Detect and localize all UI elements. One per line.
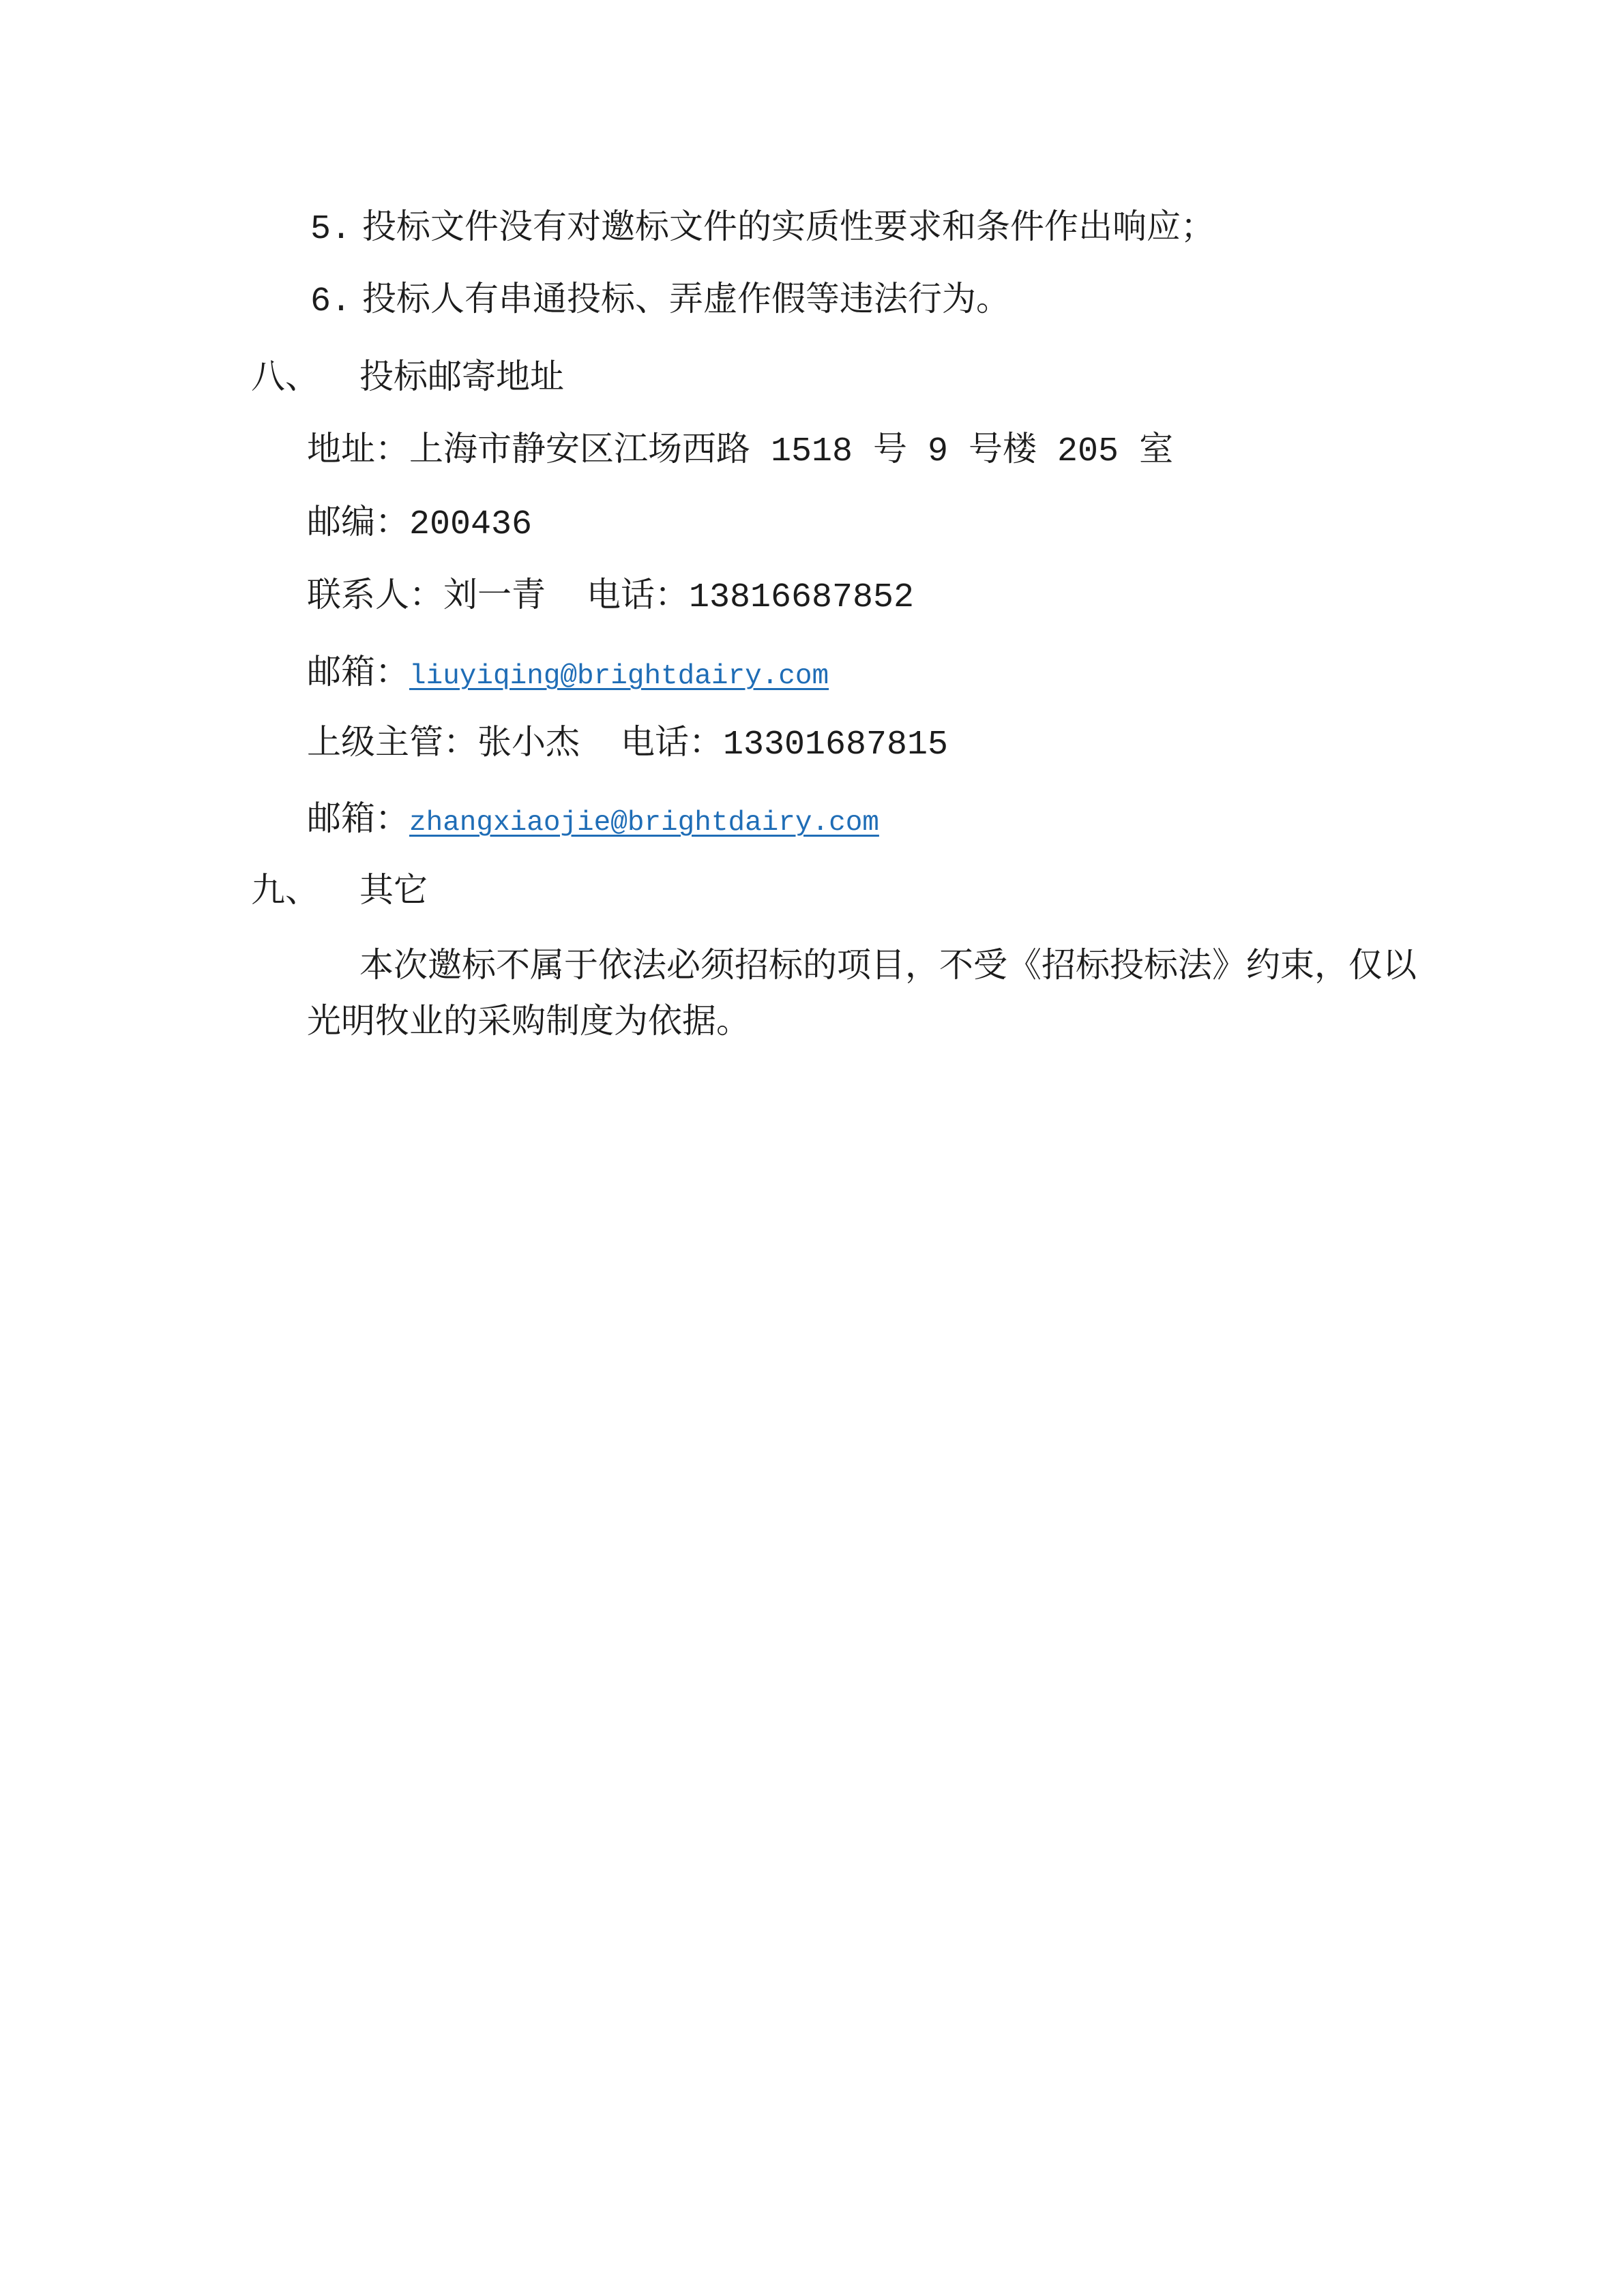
list-item: 5.投标文件没有对邀标文件的实质性要求和条件作出响应；: [310, 213, 1215, 247]
email-line: 邮箱：zhangxiaojie@brightdairy.com: [307, 805, 879, 839]
list-item: 6.投标人有串通投标、弄虚作假等违法行为。: [310, 285, 1010, 319]
section-title: 投标邮寄地址: [359, 360, 564, 399]
section-marker: 九、: [251, 876, 359, 910]
email-link[interactable]: zhangxiaojie@brightdairy.com: [409, 807, 879, 839]
body-paragraph-line: 光明牧业的采购制度为依据。: [307, 1007, 750, 1041]
section-heading-other: 九、其它: [251, 876, 428, 910]
list-item-text: 投标文件没有对邀标文件的实质性要求和条件作出响应；: [362, 210, 1215, 249]
section-title: 其它: [359, 874, 428, 912]
contact-line: 联系人：刘一青 电话：13816687852: [307, 581, 914, 615]
postcode-line: 邮编：200436: [307, 508, 532, 542]
list-item-number: 6.: [310, 285, 362, 319]
document-page: 5.投标文件没有对邀标文件的实质性要求和条件作出响应； 6.投标人有串通投标、弄…: [0, 0, 1624, 2296]
body-paragraph-line: 本次邀标不属于依法必须招标的项目，不受《招标投标法》约束，仅以: [359, 951, 1417, 985]
section-marker: 八、: [251, 363, 359, 397]
email-label: 邮箱：: [307, 802, 409, 841]
list-item-text: 投标人有串通投标、弄虚作假等违法行为。: [362, 282, 1010, 321]
email-label: 邮箱：: [307, 655, 409, 694]
email-line: 邮箱：liuyiqing@brightdairy.com: [307, 658, 829, 692]
list-item-number: 5.: [310, 213, 362, 247]
email-link[interactable]: liuyiqing@brightdairy.com: [409, 661, 829, 692]
supervisor-line: 上级主管：张小杰 电话：13301687815: [307, 728, 948, 762]
section-heading-mail: 八、投标邮寄地址: [251, 363, 564, 397]
address-line: 地址：上海市静安区江场西路 1518 号 9 号楼 205 室: [307, 435, 1173, 469]
